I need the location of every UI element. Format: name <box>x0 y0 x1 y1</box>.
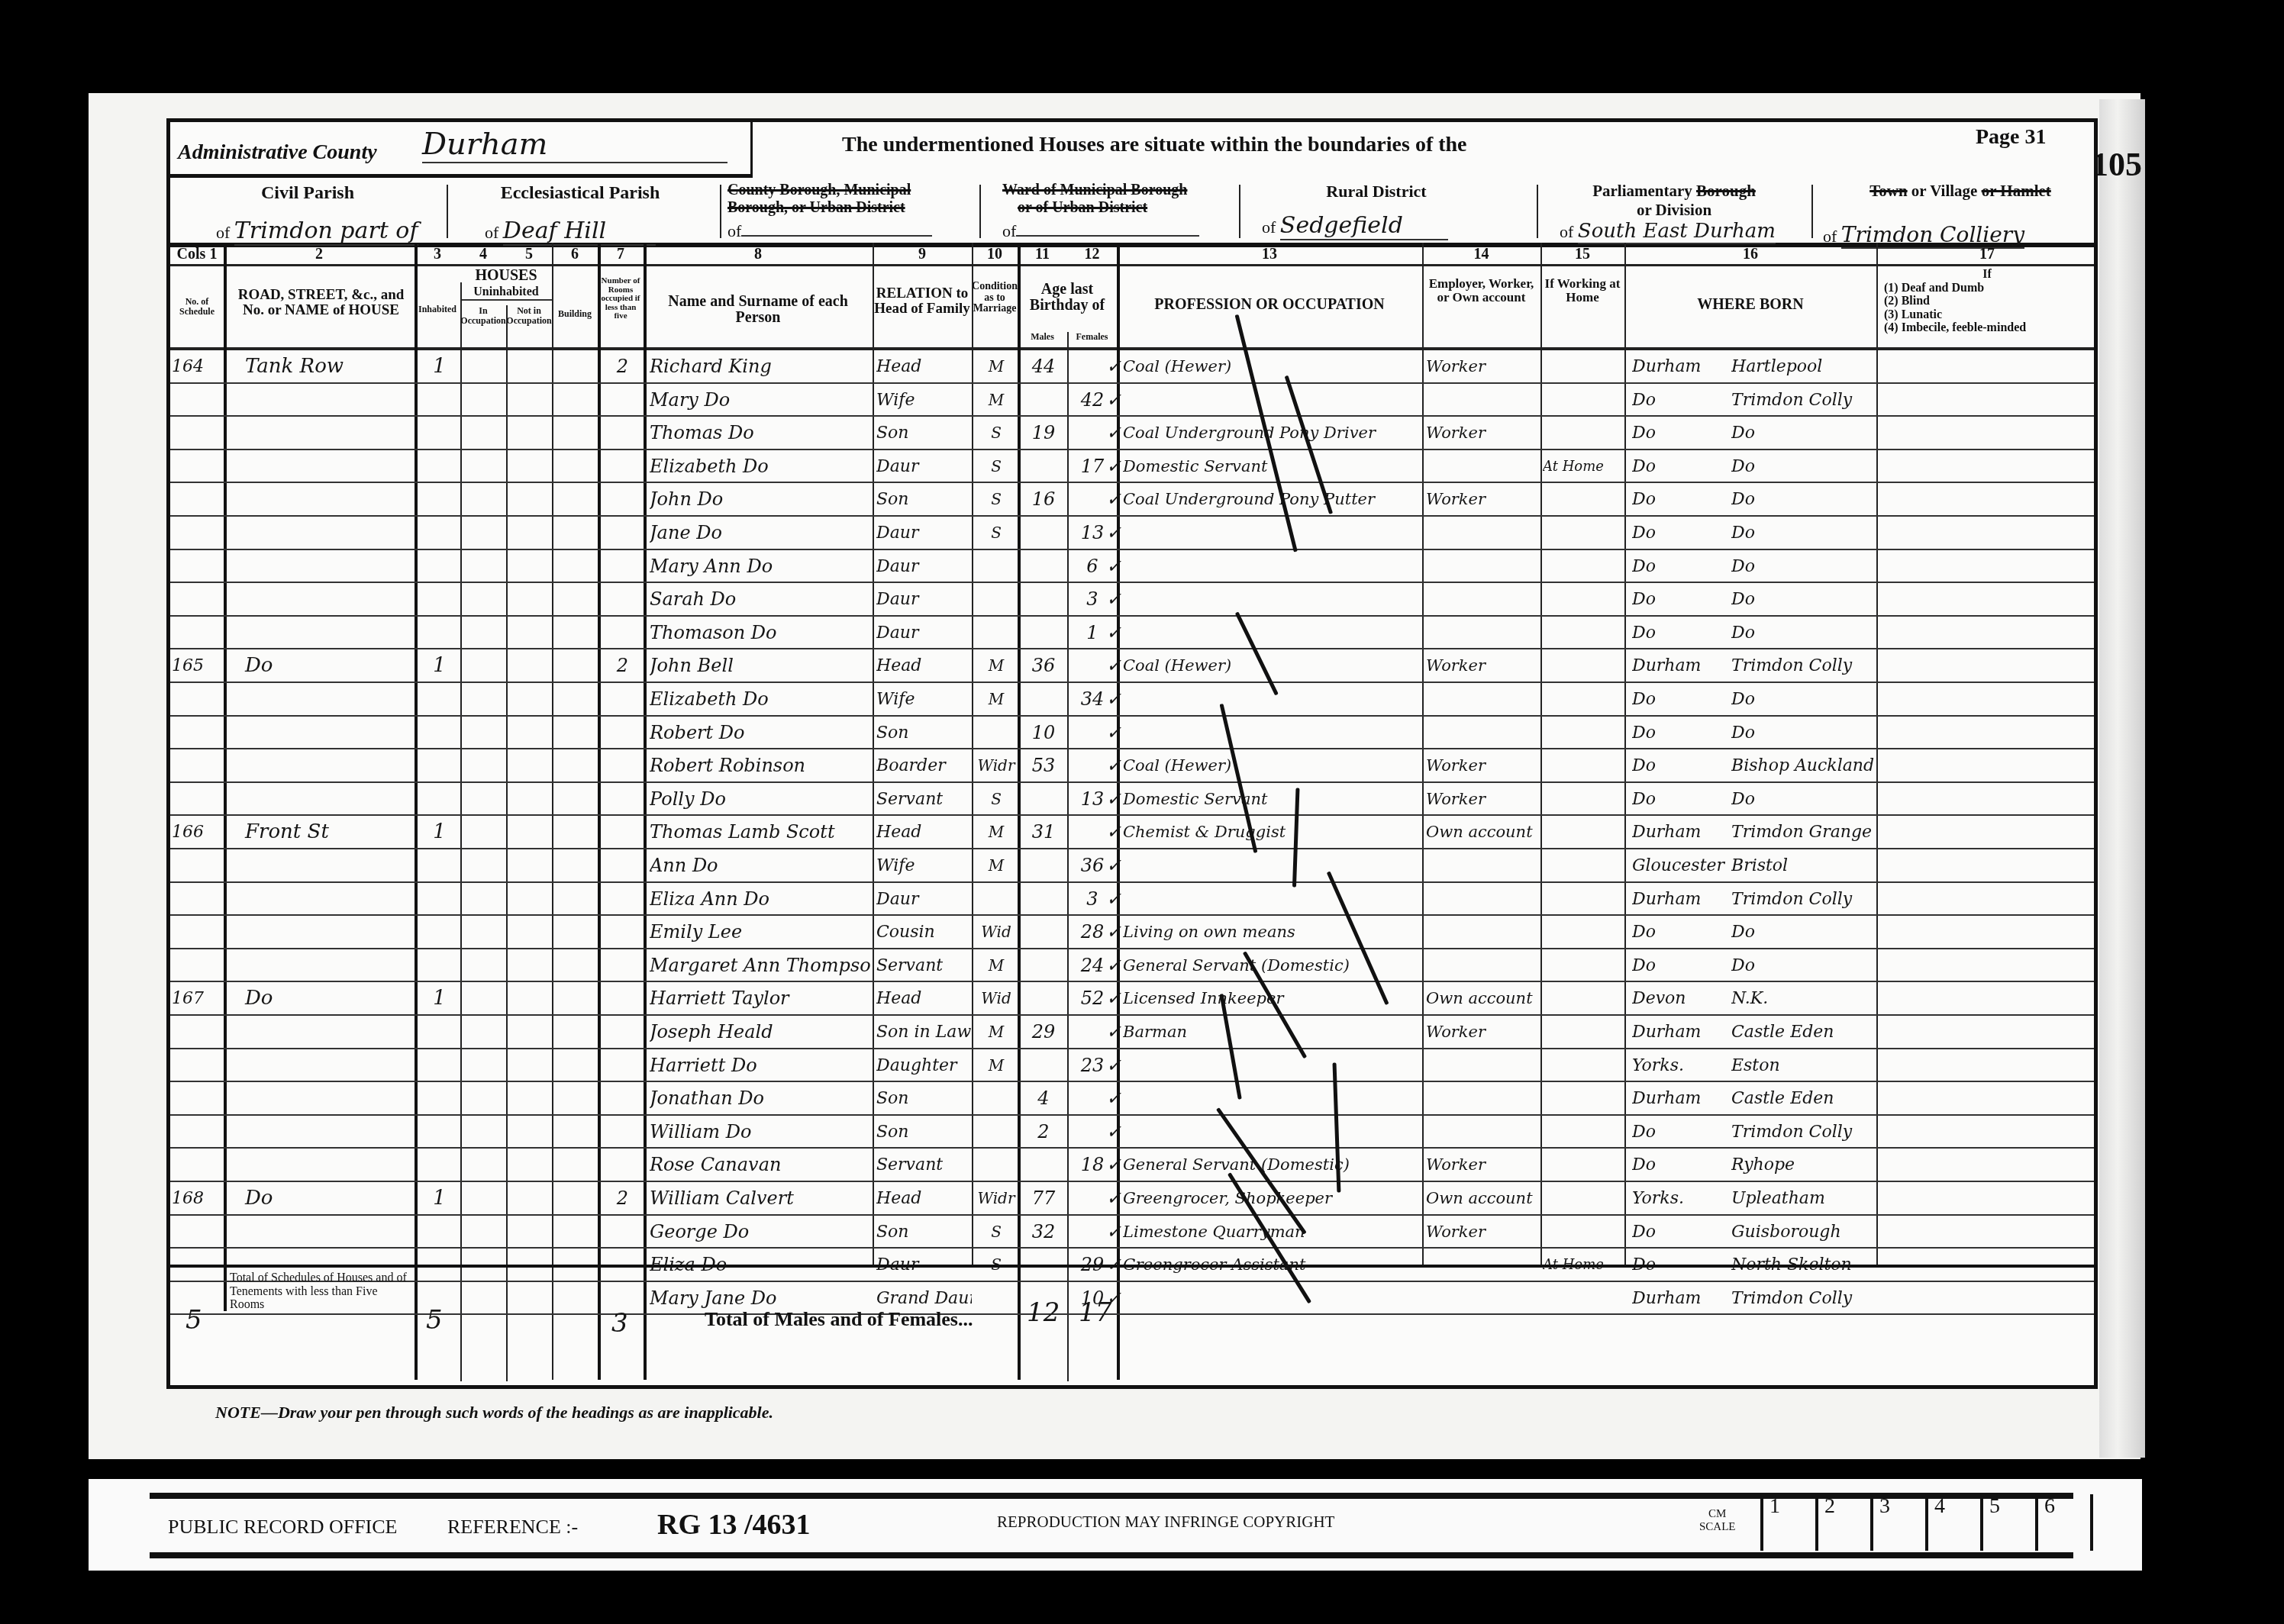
header-houses: HOUSES <box>415 268 598 284</box>
header-road: ROAD, STREET, &c., and No. or NAME of HO… <box>227 288 415 318</box>
col-number: 4 <box>460 246 506 263</box>
working-home-cell <box>1543 1016 1623 1049</box>
born-county-cell: Do <box>1632 683 1731 717</box>
male-age-cell <box>1020 949 1067 983</box>
born-place-cell: Trimdon Colly <box>1731 883 1876 917</box>
occupation-cell <box>1123 384 1421 417</box>
relation-cell: Wife <box>876 384 972 417</box>
schedule-cell <box>172 1116 222 1149</box>
relation-cell: Daur <box>876 450 972 484</box>
rooms-cell <box>602 384 644 417</box>
table-row: Elizabeth DoWifeM34DoDo✓ <box>170 683 2094 717</box>
of-label: of <box>216 223 230 242</box>
born-county-cell: Do <box>1632 450 1731 484</box>
working-home-cell <box>1543 483 1623 517</box>
table-row: John DoSonS16Coal Underground Pony Putte… <box>170 483 2094 517</box>
born-place-cell: Do <box>1731 417 1876 450</box>
rooms-cell <box>602 583 644 617</box>
relation-cell: Boarder <box>876 749 972 783</box>
born-place-cell: Castle Eden <box>1731 1016 1876 1049</box>
born-county-cell: Yorks. <box>1632 1049 1731 1083</box>
ecclesiastical-parish: Ecclesiastical Parish of Deaf Hill <box>447 183 714 246</box>
road-cell <box>230 483 428 517</box>
reference-number: RG 13 /4631 <box>657 1508 811 1542</box>
col-number: 6 <box>552 246 598 263</box>
col-number: 17 <box>1876 246 2098 263</box>
working-home-cell <box>1543 749 1623 783</box>
header-schedule: No. of Schedule <box>170 297 224 316</box>
name-cell: Ann Do <box>650 849 871 883</box>
road-cell <box>230 417 428 450</box>
administrative-county-box: Administrative County Durham <box>170 122 753 178</box>
working-home-cell <box>1543 1182 1623 1216</box>
inhabited-cell <box>418 1049 460 1083</box>
born-county-cell: Do <box>1632 417 1731 450</box>
name-cell: Joseph Heald <box>650 1016 871 1049</box>
of-label: of <box>1002 221 1016 240</box>
male-age-cell: 2 <box>1020 1116 1067 1149</box>
condition-cell: S <box>975 483 1018 517</box>
schedule-cell <box>172 483 222 517</box>
rooms-cell: 2 <box>602 350 644 384</box>
header-uninhabited: Uninhabited <box>460 286 552 301</box>
header-employer: Employer, Worker, or Own account <box>1422 277 1540 304</box>
table-row: Elizabeth DoDaurS17Domestic ServantAt Ho… <box>170 450 2094 484</box>
rooms-cell <box>602 982 644 1016</box>
name-cell: Eliza Ann Do <box>650 883 871 917</box>
table-row: Thomason DoDaur1DoDo✓ <box>170 617 2094 650</box>
schedule-cell <box>172 749 222 783</box>
schedule-cell <box>172 450 222 484</box>
schedule-cell <box>172 849 222 883</box>
table-row: 168Do12William CalvertHeadWidr77Greengro… <box>170 1182 2094 1216</box>
male-age-cell <box>1020 450 1067 484</box>
schedule-cell <box>172 583 222 617</box>
col-number: 15 <box>1540 246 1624 263</box>
male-age-cell <box>1020 617 1067 650</box>
male-age-cell: 4 <box>1020 1082 1067 1116</box>
infirmity-1: (1) Deaf and Dumb <box>1884 282 2090 295</box>
relation-cell: Son in Law <box>876 1016 972 1049</box>
civil-parish-label: Civil Parish <box>170 183 445 204</box>
infirmity-3: (3) Lunatic <box>1884 308 2090 322</box>
col-number: Cols 1 <box>170 246 224 263</box>
male-age-cell <box>1020 783 1067 817</box>
road-cell: Do <box>230 649 428 683</box>
relation-cell: Head <box>876 649 972 683</box>
born-place-cell: Guisborough <box>1731 1216 1876 1249</box>
inhabited-cell <box>418 450 460 484</box>
scale-cell: 4 <box>1925 1494 1983 1551</box>
header-rooms: Number of Rooms occupied if less than fi… <box>598 277 644 321</box>
table-row: Sarah DoDaur3DoDo✓ <box>170 583 2094 617</box>
of-label: of <box>485 223 498 242</box>
inhabited-cell: 1 <box>418 1182 460 1216</box>
rooms-cell <box>602 517 644 550</box>
rooms-cell <box>602 1082 644 1116</box>
born-place-cell: Do <box>1731 783 1876 817</box>
table-row: Mary DoWifeM42DoTrimdon Colly✓ <box>170 384 2094 417</box>
header-in-occupation: In Occupation <box>460 306 506 325</box>
county-borough: County Borough, Municipal Borough, or Ur… <box>727 182 972 241</box>
check-icon: ✓ <box>1106 649 1118 683</box>
inhabited-cell <box>418 550 460 584</box>
working-home-cell <box>1543 350 1623 384</box>
table-row: Robert RobinsonBoarderWidr53Coal (Hewer)… <box>170 749 2094 783</box>
rooms-cell <box>602 550 644 584</box>
scale-cell: 2 <box>1815 1494 1873 1551</box>
name-cell: Robert Robinson <box>650 749 871 783</box>
road-cell <box>230 949 428 983</box>
relation-cell: Daur <box>876 517 972 550</box>
schedule-cell: 166 <box>172 816 222 849</box>
male-age-cell <box>1020 550 1067 584</box>
road-cell <box>230 783 428 817</box>
name-cell: William Calvert <box>650 1182 871 1216</box>
relation-cell: Wife <box>876 849 972 883</box>
check-icon: ✓ <box>1106 517 1118 550</box>
working-home-cell <box>1543 649 1623 683</box>
check-icon: ✓ <box>1106 1049 1118 1083</box>
employer-cell: Own account <box>1426 982 1540 1016</box>
born-place-cell: Do <box>1731 949 1876 983</box>
infirmity-4: (4) Imbecile, feeble-minded <box>1884 321 2090 335</box>
scale-number: 1 <box>1769 1494 1780 1518</box>
hamlet-label-struck: or Hamlet <box>1982 182 2051 200</box>
of-label: of <box>1262 217 1276 237</box>
table-row: Emily LeeCousinWid28Living on own meansD… <box>170 916 2094 949</box>
rooms-cell <box>602 1116 644 1149</box>
name-cell: Margaret Ann Thompson <box>650 949 871 983</box>
male-age-cell <box>1020 517 1067 550</box>
town-village: Town or Village or Hamlet of Trimdon Col… <box>1823 182 2098 247</box>
male-age-cell: 53 <box>1020 749 1067 783</box>
col-number: 13 <box>1117 246 1422 263</box>
of-label: of <box>727 221 741 240</box>
parliamentary-division: Parliamentary Borough or Division of Sou… <box>1544 182 1804 243</box>
condition-cell: Widr <box>975 1182 1018 1216</box>
table-row: Margaret Ann ThompsonServantM24General S… <box>170 949 2094 983</box>
condition-cell <box>975 1149 1018 1182</box>
name-cell: George Do <box>650 1216 871 1249</box>
check-icon: ✓ <box>1106 916 1118 949</box>
working-home-cell <box>1543 583 1623 617</box>
relation-cell: Head <box>876 816 972 849</box>
column-header-row: No. of Schedule ROAD, STREET, &c., and N… <box>170 266 2094 350</box>
working-home-cell <box>1543 683 1623 717</box>
born-place-cell: Bishop Auckland <box>1731 749 1876 783</box>
born-place-cell: Ryhope <box>1731 1149 1876 1182</box>
male-age-cell: 19 <box>1020 417 1067 450</box>
occupation-cell <box>1123 550 1421 584</box>
occupation-cell: Coal Underground Pony Driver <box>1123 417 1421 450</box>
header-condition: Condition as to Marriage <box>972 282 1018 315</box>
male-age-cell <box>1020 384 1067 417</box>
born-place-cell: Do <box>1731 583 1876 617</box>
inhabited-cell <box>418 1016 460 1049</box>
road-cell <box>230 916 428 949</box>
scale-cell <box>2090 1494 2148 1551</box>
road-cell <box>230 849 428 883</box>
schedule-cell <box>172 1082 222 1116</box>
check-icon: ✓ <box>1106 450 1118 484</box>
name-cell: Richard King <box>650 350 871 384</box>
occupation-cell: Coal (Hewer) <box>1123 649 1421 683</box>
of-label: of <box>1560 222 1573 241</box>
inhabited-cell <box>418 1082 460 1116</box>
male-age-cell <box>1020 683 1067 717</box>
born-place-cell: Upleatham <box>1731 1182 1876 1216</box>
born-place-cell: Trimdon Colly <box>1731 649 1876 683</box>
rooms-cell <box>602 783 644 817</box>
ward-value <box>1016 235 1199 237</box>
condition-cell: S <box>975 783 1018 817</box>
schedule-cell <box>172 1016 222 1049</box>
condition-cell: S <box>975 517 1018 550</box>
scale-number: 5 <box>1989 1494 2000 1518</box>
name-cell: Robert Do <box>650 717 871 750</box>
relation-cell: Son <box>876 1216 972 1249</box>
inhabited-cell <box>418 883 460 917</box>
col-number: 12 <box>1067 246 1117 263</box>
born-place-cell: Bristol <box>1731 849 1876 883</box>
working-home-cell <box>1543 384 1623 417</box>
working-home-cell <box>1543 1049 1623 1083</box>
scale-number: 4 <box>1934 1494 1945 1518</box>
rooms-cell <box>602 483 644 517</box>
working-home-cell <box>1543 617 1623 650</box>
born-place-cell: Trimdon Colly <box>1731 384 1876 417</box>
inhabited-cell <box>418 1149 460 1182</box>
relation-cell: Wife <box>876 683 972 717</box>
scale-number: 2 <box>1824 1494 1835 1518</box>
cm-scale-label: CM SCALE <box>1699 1508 1736 1533</box>
reference-label: REFERENCE :- <box>447 1516 578 1539</box>
page-number: Page 31 <box>1976 125 2047 150</box>
ecclesiastical-parish-value: Deaf Hill <box>503 217 656 246</box>
cm-label: CM <box>1699 1508 1736 1521</box>
relation-cell: Daughter <box>876 1049 972 1083</box>
condition-cell <box>975 1082 1018 1116</box>
occupation-cell <box>1123 883 1421 917</box>
schedule-cell <box>172 1149 222 1182</box>
table-row: 164Tank Row12Richard KingHeadM44Coal (He… <box>170 350 2094 384</box>
born-place-cell: Trimdon Colly <box>1731 1116 1876 1149</box>
scale-label: SCALE <box>1699 1521 1736 1534</box>
employer-cell: Worker <box>1426 1216 1540 1249</box>
employer-cell <box>1426 550 1540 584</box>
col-number: 2 <box>224 246 415 263</box>
table-row: Rose CanavanServant18General Servant (Do… <box>170 1149 2094 1182</box>
check-icon: ✓ <box>1106 1216 1118 1249</box>
born-place-cell: Do <box>1731 916 1876 949</box>
name-cell: Mary Do <box>650 384 871 417</box>
name-cell: William Do <box>650 1116 871 1149</box>
working-home-cell <box>1543 783 1623 817</box>
total-females: 17 <box>1079 1297 1111 1328</box>
road-cell <box>230 1082 428 1116</box>
town-label-struck: Town <box>1869 182 1907 200</box>
table-row: 166Front St1Thomas Lamb ScottHeadM31Chem… <box>170 816 2094 849</box>
occupation-cell <box>1123 1082 1421 1116</box>
check-icon: ✓ <box>1106 982 1118 1016</box>
schedule-cell <box>172 916 222 949</box>
header-occupation: PROFESSION OR OCCUPATION <box>1117 297 1422 313</box>
scale-cell: 1 <box>1760 1494 1818 1551</box>
inhabited-cell <box>418 949 460 983</box>
totals-row: 5 Total of Schedules of Houses and of Te… <box>170 1267 2094 1381</box>
header-name: Name and Surname of each Person <box>659 294 857 326</box>
male-age-cell: 31 <box>1020 816 1067 849</box>
inhabited-cell <box>418 783 460 817</box>
schedule-cell <box>172 783 222 817</box>
schedule-cell <box>172 617 222 650</box>
parliamentary-value: South East Durham <box>1578 220 1776 244</box>
born-place-cell: Do <box>1731 517 1876 550</box>
condition-cell: M <box>975 350 1018 384</box>
copyright-notice: REPRODUCTION MAY INFRINGE COPYRIGHT <box>997 1513 1334 1532</box>
male-age-cell: 77 <box>1020 1182 1067 1216</box>
road-cell: Do <box>230 1182 428 1216</box>
male-age-cell: 10 <box>1020 717 1067 750</box>
born-county-cell: Do <box>1632 949 1731 983</box>
condition-cell <box>975 617 1018 650</box>
inhabited-cell <box>418 583 460 617</box>
county-borough-label-2: Borough, or Urban District <box>727 199 972 217</box>
note: NOTE—Draw your pen through such words of… <box>215 1403 773 1423</box>
rooms-cell <box>602 417 644 450</box>
census-form: Administrative County Durham The underme… <box>166 118 2098 1389</box>
road-cell: Front St <box>230 816 428 849</box>
check-icon: ✓ <box>1106 1149 1118 1182</box>
location-header: Civil Parish of Trimdon part of Ecclesia… <box>170 174 2094 247</box>
check-icon: ✓ <box>1106 749 1118 783</box>
rooms-cell <box>602 617 644 650</box>
road-cell <box>230 1016 428 1049</box>
occupation-cell: Living on own means <box>1123 916 1421 949</box>
working-home-cell <box>1543 417 1623 450</box>
name-cell: Emily Lee <box>650 916 871 949</box>
born-county-cell: Do <box>1632 717 1731 750</box>
check-icon: ✓ <box>1106 350 1118 384</box>
condition-cell: M <box>975 683 1018 717</box>
male-age-cell: 29 <box>1020 1016 1067 1049</box>
condition-cell: M <box>975 949 1018 983</box>
employer-cell <box>1426 450 1540 484</box>
check-icon: ✓ <box>1106 717 1118 750</box>
check-icon: ✓ <box>1106 617 1118 650</box>
column-number-row: Cols 1 2 3 4 5 6 7 8 9 10 11 12 13 14 15… <box>170 243 2094 266</box>
occupation-cell <box>1123 617 1421 650</box>
occupation-cell <box>1123 583 1421 617</box>
col-number: 16 <box>1624 246 1876 263</box>
check-icon: ✓ <box>1106 483 1118 517</box>
born-county-cell: Do <box>1632 749 1731 783</box>
road-cell <box>230 517 428 550</box>
ward-label: Ward of Municipal Borough <box>1002 182 1247 199</box>
total-males-females-label: Total of Males and of Females... <box>705 1308 973 1331</box>
col-number: 3 <box>415 246 460 263</box>
road-cell <box>230 749 428 783</box>
rural-district-label: Rural District <box>1262 182 1491 201</box>
working-home-cell <box>1543 916 1623 949</box>
rooms-cell <box>602 849 644 883</box>
rooms-cell <box>602 717 644 750</box>
condition-cell: M <box>975 384 1018 417</box>
name-cell: Sarah Do <box>650 583 871 617</box>
relation-cell: Servant <box>876 1149 972 1182</box>
rural-district: Rural District of Sedgefield <box>1262 182 1567 240</box>
page-title: The undermentioned Houses are situate wi… <box>842 133 1467 157</box>
rooms-cell <box>602 683 644 717</box>
census-table: 164Tank Row12Richard KingHeadM44Coal (He… <box>170 350 2094 1316</box>
schedule-cell <box>172 883 222 917</box>
schedule-cell <box>172 949 222 983</box>
header-relation: RELATION to Head of Family <box>873 286 972 317</box>
col-number: 5 <box>506 246 552 263</box>
road-cell <box>230 1149 428 1182</box>
schedule-cell <box>172 384 222 417</box>
relation-cell: Head <box>876 982 972 1016</box>
male-age-cell <box>1020 1149 1067 1182</box>
name-cell: Polly Do <box>650 783 871 817</box>
born-place-cell: Eston <box>1731 1049 1876 1083</box>
born-place-cell: Hartlepool <box>1731 350 1876 384</box>
administrative-county-value: Durham <box>422 127 727 163</box>
name-cell: Elizabeth Do <box>650 450 871 484</box>
working-home-cell <box>1543 883 1623 917</box>
born-county-cell: Durham <box>1632 1082 1731 1116</box>
occupation-cell <box>1123 1049 1421 1083</box>
working-home-cell <box>1543 1216 1623 1249</box>
folio-number: 105 <box>2092 145 2142 184</box>
col-number: 8 <box>644 246 873 263</box>
check-icon: ✓ <box>1106 949 1118 983</box>
header-inhabited: Inhabited <box>415 304 460 314</box>
header-working-home: If Working at Home <box>1540 277 1624 304</box>
condition-cell <box>975 550 1018 584</box>
born-county-cell: Do <box>1632 916 1731 949</box>
name-cell: Jonathan Do <box>650 1082 871 1116</box>
check-icon: ✓ <box>1106 583 1118 617</box>
male-age-cell <box>1020 883 1067 917</box>
condition-cell: M <box>975 649 1018 683</box>
infirmity-if: If <box>1884 268 2090 282</box>
employer-cell: Worker <box>1426 749 1540 783</box>
occupation-cell <box>1123 849 1421 883</box>
borough-label-struck: Borough <box>1696 182 1756 200</box>
col-number: 14 <box>1422 246 1540 263</box>
header-building: Building <box>552 309 598 319</box>
condition-cell <box>975 717 1018 750</box>
male-age-cell: 32 <box>1020 1216 1067 1249</box>
working-home-cell <box>1543 1116 1623 1149</box>
name-cell: Harriett Do <box>650 1049 871 1083</box>
archive-footer: PUBLIC RECORD OFFICE REFERENCE :- RG 13 … <box>89 1479 2142 1571</box>
inhabited-cell: 1 <box>418 816 460 849</box>
road-cell <box>230 583 428 617</box>
occupation-cell: Coal (Hewer) <box>1123 350 1421 384</box>
employer-cell <box>1426 916 1540 949</box>
table-row: Jane DoDaurS13DoDo✓ <box>170 517 2094 550</box>
relation-cell: Son <box>876 717 972 750</box>
inhabited-cell <box>418 384 460 417</box>
rooms-cell <box>602 749 644 783</box>
table-row: Mary Ann DoDaur6DoDo✓ <box>170 550 2094 584</box>
check-icon: ✓ <box>1106 849 1118 883</box>
born-county-cell: Do <box>1632 550 1731 584</box>
schedule-cell: 167 <box>172 982 222 1016</box>
